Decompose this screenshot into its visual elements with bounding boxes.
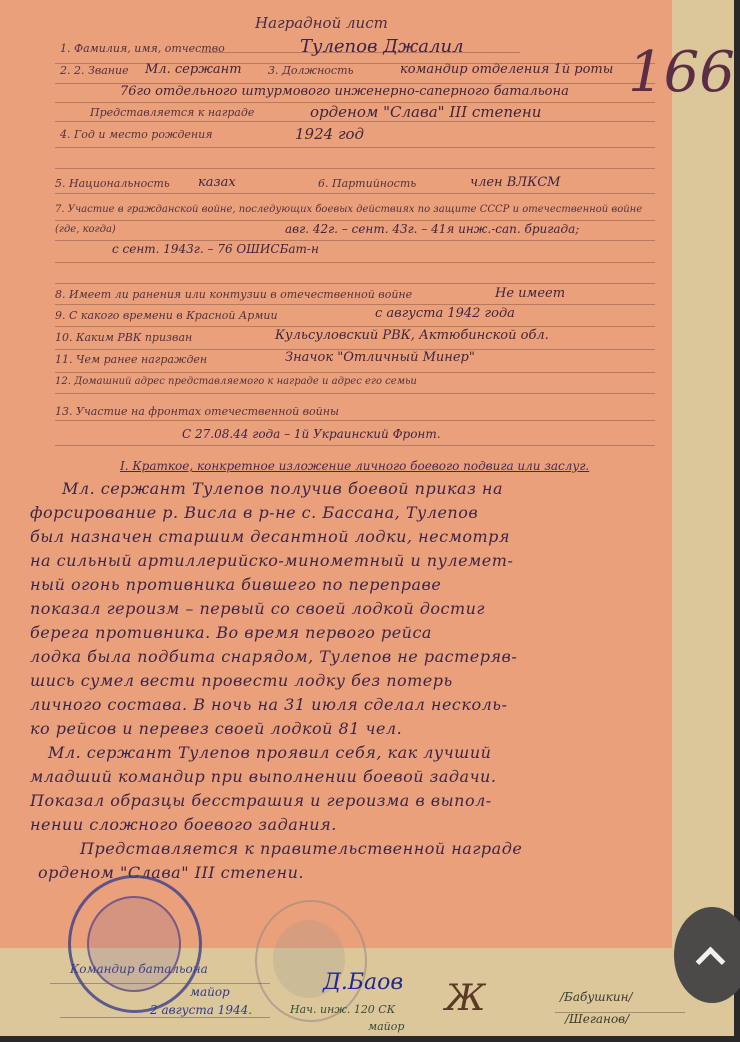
chevron-up-icon [696,946,726,976]
document-title: Наградной лист [255,14,388,32]
award-label: Представляется к награде [90,106,254,119]
field-6-value: член ВЛКСМ [470,175,560,190]
coat-of-arms-icon [87,896,181,992]
field-5-value: казах [198,175,236,190]
field-9-label: 9. С какого времени в Красной Армии [55,309,278,322]
battalion-stamp [68,875,202,1013]
field-2-value: Мл. сержант [145,62,242,77]
signature-right-name-1: /Бабушкин/ [560,990,633,1004]
field-9-value: с августа 1942 года [375,306,515,321]
award-value: орденом "Слава" III степени [310,103,541,121]
narrative-line: был назначен старшим десантной лодки, не… [30,527,510,546]
field-10-label: 10. Каким РВК призван [55,331,192,344]
narrative-line: ный огонь противника бившего по переправ… [30,575,441,594]
field-8-value: Не имеет [495,286,565,301]
narrative-line: нении сложного боевого задания. [30,815,337,834]
field-2-label: 2. Звание [74,64,129,77]
field-4-value: 1924 год [295,125,364,143]
field-7-value-2: с сент. 1943г. – 76 ОШИСБат-н [112,242,319,256]
award-sheet: Наградной лист 166 1. Фамилия, имя, отче… [0,0,740,1042]
narrative-line: ко рейсов и перевез своей лодкой 81 чел. [30,719,402,738]
field-10-value: Кульсуловский РВК, Актюбинской обл. [275,328,549,343]
signature-center: Д.Баов [323,970,403,995]
field-3-label: 3. Должность [268,64,354,77]
narrative-line: Мл. сержант Тулепов получив боевой прика… [62,479,503,498]
field-13-value: С 27.08.44 года – 1й Украинский Фронт. [182,427,441,441]
narrative-line: Мл. сержант Тулепов проявил себя, как лу… [48,743,491,762]
narrative-line: Представляется к правительственной награ… [80,839,522,858]
signature-left-title: Командир батальона [70,962,208,976]
narrative-line: показал героизм – первый со своей лодкой… [30,599,485,618]
signature-right-mark: Ж [445,978,485,1019]
field-4-label: 4. Год и место рождения [60,128,213,141]
field-7-value: авг. 42г. – сент. 43г. – 41я инж.-сап. б… [285,222,579,236]
field-1-label: 1. Фамилия, имя, отчество [60,42,225,55]
signature-left-rank: майор [190,985,230,999]
signature-center-rank: майор [368,1020,404,1033]
signature-center-title: Нач. инж. 120 СК [290,1003,395,1016]
signature-left-date: 2 августа 1944. [150,1003,252,1017]
narrative-line: шись сумел вести провести лодку без поте… [30,671,453,690]
sheet-number: 166 [628,40,735,105]
narrative-line: младший командир при выполнении боевой з… [30,767,496,786]
field-3-unit: 76го отдельного штурмового инженерно-сап… [120,84,569,99]
scroll-to-top-button[interactable] [674,907,740,1003]
field-1-value: Тулепов Джалил [300,36,464,57]
narrative-line: орденом "Слава" III степени. [38,863,304,882]
field-5-label: 5. Национальность [55,177,170,190]
field-11-label: 11. Чем ранее награжден [55,353,207,366]
section-heading: I. Краткое, конкретное изложение личного… [120,459,589,473]
field-6-label: 6. Партийность [318,177,416,190]
field-8-label: 8. Имеет ли ранения или контузии в отече… [55,288,412,301]
narrative-line: Показал образцы бесстрашия и героизма в … [30,791,492,810]
field-3-value: командир отделения 1й роты [400,62,613,77]
signature-right-name-2: /Шеганов/ [565,1012,629,1026]
field-12-label: 12. Домашний адрес представляемого к наг… [55,376,417,387]
narrative-line: форсирование р. Висла в р-не с. Бассана,… [30,503,478,522]
narrative-line: берега противника. Во время первого рейс… [30,623,432,642]
narrative-line: личного состава. В ночь на 31 июля сдела… [30,695,507,714]
field-11-value: Значок "Отличный Минер" [285,350,475,365]
field-13-label: 13. Участие на фронтах отечественной вой… [55,405,339,418]
narrative-line: лодка была подбита снарядом, Тулепов не … [30,647,517,666]
narrative-line: на сильный артиллерийско-минометный и пу… [30,551,513,570]
